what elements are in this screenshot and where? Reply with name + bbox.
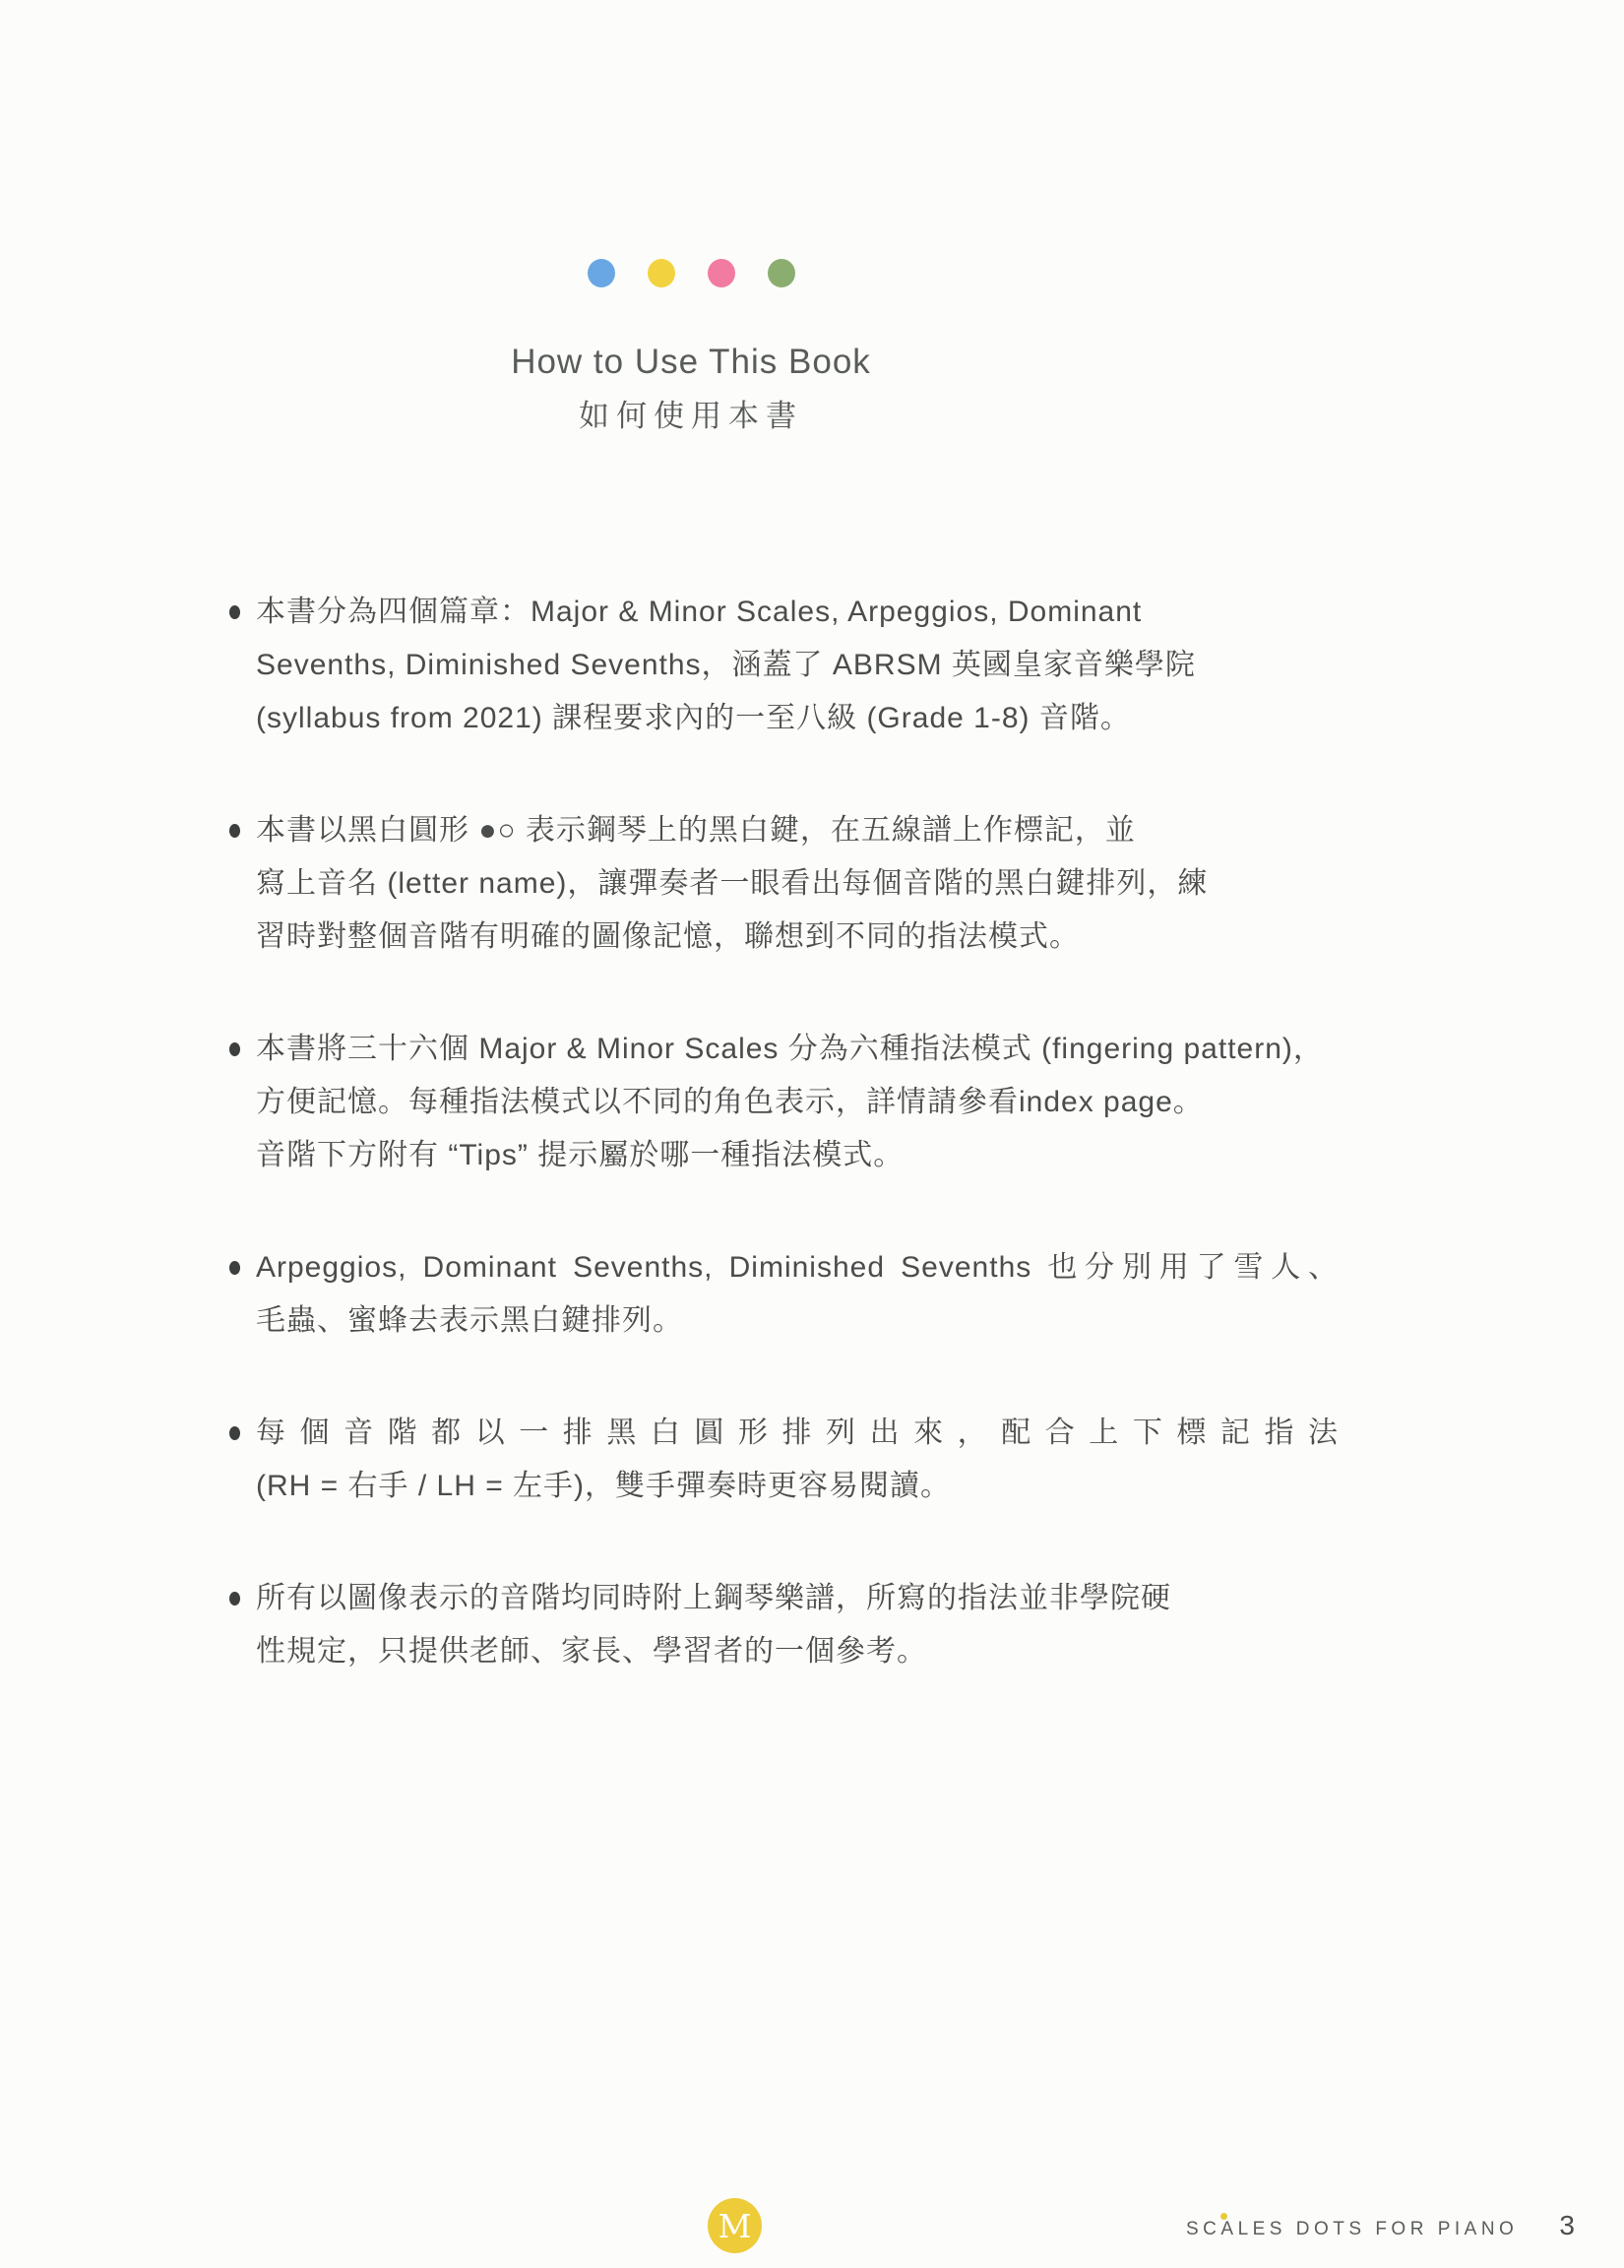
blue-dot-icon	[588, 259, 615, 287]
instructions-section: 本書分為四個篇章：Major & Minor Scales, Arpeggios…	[256, 586, 1339, 1678]
bullet-text-line: Sevenths, Diminished Sevenths，涵蓋了 ABRSM …	[256, 639, 1339, 692]
bullet-item: 所有以圖像表示的音階均同時附上鋼琴樂譜，所寫的指法並非學院硬性規定，只提供老師、…	[256, 1572, 1339, 1678]
footer-brand-text: SCALES DOTS FOR PIANO	[1186, 2219, 1518, 2240]
publisher-logo: M	[708, 2198, 762, 2253]
bullet-dot-icon	[229, 1261, 240, 1275]
bullet-text-line: 寫上音名 (letter name)，讓彈奏者一眼看出每個音階的黑白鍵排列，練	[256, 857, 1339, 911]
bullet-item: 本書將三十六個 Major & Minor Scales 分為六種指法模式 (f…	[256, 1023, 1339, 1182]
bullet-list: 本書分為四個篇章：Major & Minor Scales, Arpeggios…	[256, 586, 1339, 1678]
bullet-text-line: 音階下方附有 “Tips” 提示屬於哪一種指法模式。	[256, 1129, 1339, 1182]
bullet-text-line: Arpeggios, Dominant Sevenths, Diminished…	[256, 1241, 1339, 1294]
page-title-chinese: 如何使用本書	[0, 396, 1382, 437]
bullet-text-line: (syllabus from 2021) 課程要求內的一至八級 (Grade 1…	[256, 692, 1339, 745]
brand-accent-dot-icon	[1220, 2213, 1227, 2220]
bullet-text-line: 本書將三十六個 Major & Minor Scales 分為六種指法模式 (f…	[256, 1023, 1339, 1076]
page-number: 3	[1559, 2210, 1575, 2241]
bullet-dot-icon	[229, 605, 240, 619]
bullet-item: 本書分為四個篇章：Major & Minor Scales, Arpeggios…	[256, 586, 1339, 745]
decorative-dots-row	[0, 259, 1382, 287]
bullet-text-line: 性規定，只提供老師、家長、學習者的一個參考。	[256, 1625, 1339, 1678]
bullet-dot-icon	[229, 824, 240, 838]
pink-dot-icon	[708, 259, 735, 287]
bullet-dot-icon	[229, 1426, 240, 1440]
book-page: { "page": { "background": "#fcfcfa", "te…	[0, 0, 1624, 2268]
footer: SCALES DOTS FOR PIANO 3	[1186, 2210, 1575, 2241]
yellow-dot-icon	[648, 259, 675, 287]
bullet-item: 本書以黑白圓形 ●○ 表示鋼琴上的黑白鍵，在五線譜上作標記，並寫上音名 (let…	[256, 804, 1339, 964]
bullet-text-line: 本書以黑白圓形 ●○ 表示鋼琴上的黑白鍵，在五線譜上作標記，並	[256, 804, 1339, 857]
bullet-text-line: 習時對整個音階有明確的圖像記憶，聯想到不同的指法模式。	[256, 911, 1339, 964]
brand-label: SCALES DOTS FOR PIANO	[1186, 2219, 1518, 2239]
logo-m-letter: M	[718, 2210, 752, 2242]
bullet-dot-icon	[229, 1592, 240, 1606]
bullet-text-line: 本書分為四個篇章：Major & Minor Scales, Arpeggios…	[256, 586, 1339, 639]
bullet-text-line: (RH = 右手 / LH = 左手)，雙手彈奏時更容易閱讀。	[256, 1460, 1339, 1513]
bullet-item: 每個音階都以一排黑白圓形排列出來，配合上下標記指法(RH = 右手 / LH =…	[256, 1407, 1339, 1513]
bullet-dot-icon	[229, 1042, 240, 1056]
bullet-text-line: 每個音階都以一排黑白圓形排列出來，配合上下標記指法	[256, 1407, 1339, 1460]
green-dot-icon	[768, 259, 795, 287]
bullet-item: Arpeggios, Dominant Sevenths, Diminished…	[256, 1241, 1339, 1348]
bullet-text-line: 毛蟲、蜜蜂去表示黑白鍵排列。	[256, 1294, 1339, 1348]
bullet-text-line: 所有以圖像表示的音階均同時附上鋼琴樂譜，所寫的指法並非學院硬	[256, 1572, 1339, 1625]
bullet-text-line: 方便記憶。每種指法模式以不同的角色表示，詳情請參看index page。	[256, 1076, 1339, 1129]
page-title-english: How to Use This Book	[0, 343, 1382, 382]
